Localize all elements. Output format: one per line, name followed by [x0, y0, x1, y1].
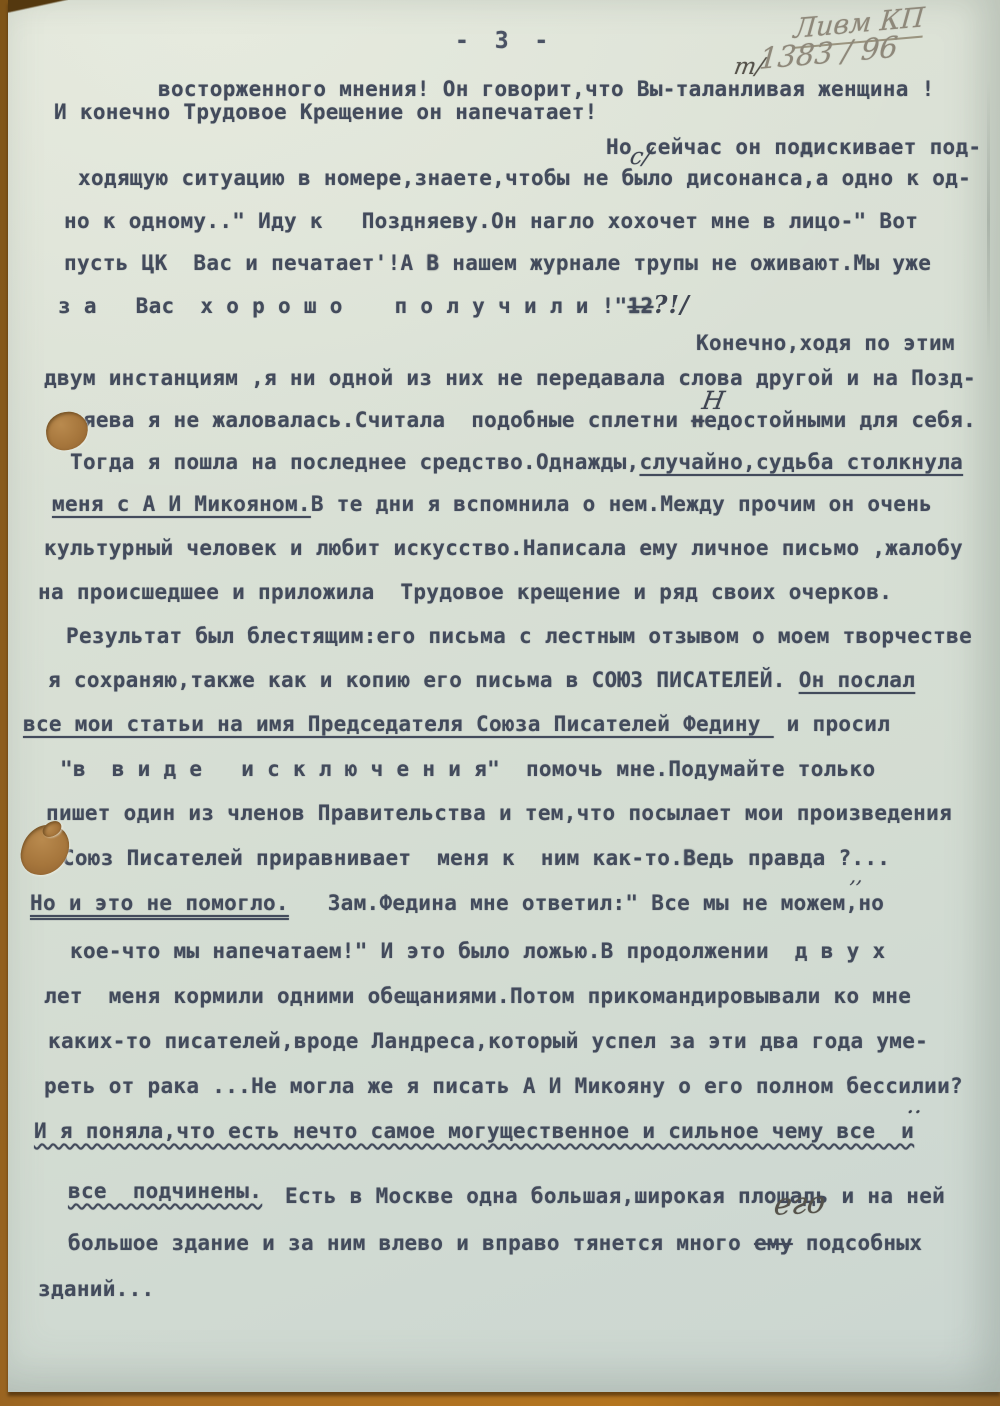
text-segment: И конечно Трудовое Крещение он напечатае…: [54, 100, 598, 124]
document-paper: - 3 - восторженного мнения! Он говорит,ч…: [8, 0, 1000, 1392]
text-segment: нашем журнале трупы не оживают.Мы уже: [439, 251, 931, 275]
typed-line: большое здание и за ним влево и вправо т…: [68, 1230, 922, 1256]
typed-line: кое-что мы напечатаем!" И это было ложью…: [70, 938, 885, 964]
text-segment: В: [683, 846, 696, 870]
text-segment: реть от рака ...Не могла же я писать А И…: [44, 1074, 963, 1098]
typed-line: пусть ЦК Вас и печатает'!А В нашем журна…: [64, 250, 931, 276]
text-segment: кое-что мы напечатаем!" И это было ложью…: [70, 939, 885, 963]
text-segment: Есть в Москве одна большая,широкая площа…: [285, 1184, 945, 1208]
text-segment: ему: [754, 1231, 793, 1255]
text-segment: все мои статьи на имя Председателя Союза…: [23, 712, 774, 736]
typed-line: Есть в Москве одна большая,широкая площа…: [285, 1183, 945, 1209]
text-segment: Но и это не помогло.: [30, 891, 289, 915]
text-segment: В: [426, 251, 439, 275]
text-segment: но к одному.." Иду к Поздняеву.Он нагло …: [64, 209, 918, 233]
text-segment: и просил: [774, 712, 891, 736]
typed-line: на происшедшее и приложила Трудовое крещ…: [38, 579, 892, 605]
text-segment: лет меня кормили одними обещаниями.Потом…: [44, 984, 911, 1008]
typed-line: меня с А И Микояном.В те дни я вспомнила…: [52, 491, 932, 517]
page-number: - 3 -: [455, 28, 554, 54]
typed-line: Тогда я пошла на последнее средство.Одна…: [70, 449, 963, 475]
typed-line: в Союз Писателей приравнивает меня к ним…: [36, 845, 890, 871]
typed-line: я сохраняю,также как и копию его письма …: [48, 667, 915, 693]
text-segment: ?!/: [653, 290, 689, 319]
text-segment: пишет один из членов Правительства и тем…: [46, 801, 952, 825]
text-segment: в Союз Писателей приравнивает меня к ним…: [36, 846, 683, 870]
text-segment: Тогда я пошла на последнее средство.Одна…: [70, 450, 640, 474]
text-segment: Зам.Федина мне ответил:" Все мы не можем…: [289, 891, 884, 915]
text-segment: двум инстанциям ,я ни одной из них не пе…: [44, 366, 976, 390]
typed-line: культурный человек и любит искусство.Нап…: [44, 535, 963, 561]
text-segment: д: [800, 135, 813, 159]
typed-line: пишет один из членов Правительства и тем…: [46, 800, 952, 826]
handwritten-mark: 1383 / 96: [758, 29, 899, 76]
text-segment: Конечно,ходя по этим: [696, 331, 955, 355]
text-segment: В те дни я вспомнила о нем.Между прочим …: [311, 492, 932, 516]
text-segment: меня с А И Микояном.: [52, 492, 311, 516]
typed-line: "в в и д е и с к л ю ч е н и я" помочь м…: [60, 756, 875, 782]
text-segment: з а Вас х о р о ш о п о л у ч и л и !": [58, 294, 628, 318]
typed-line: И я поняла,что есть нечто самое могущест…: [34, 1118, 914, 1144]
typed-line: Но сейчас он подискивает под-: [606, 134, 981, 160]
text-segment: "в в и д е и с к л ю ч е н и я" помочь м…: [60, 757, 875, 781]
text-segment: случайно,судьба столкнула: [640, 450, 964, 474]
handwritten-mark: его: [772, 1185, 827, 1223]
handwritten-mark: с/: [628, 144, 653, 170]
text-segment: едь правда ?...: [696, 846, 890, 870]
typed-line: з а Вас х о р о ш о п о л у ч и л и !"12…: [58, 292, 690, 319]
text-segment: я сохраняю,также как и копию его письма …: [48, 668, 799, 692]
typed-line: реть от рака ...Не могла же я писать А И…: [44, 1073, 963, 1099]
typed-line: И конечно Трудовое Крещение он напечатае…: [54, 99, 598, 125]
typed-line: зданий...: [38, 1276, 155, 1302]
text-segment: няева я не жаловалась.Считала подобные с…: [70, 408, 691, 432]
typed-line: каких-то писателей,вроде Ландреса,которы…: [48, 1028, 928, 1054]
text-segment: ходящую ситуацию в номере,знаете,чтобы н…: [78, 166, 971, 190]
text-segment: культурный человек и любит искусство.Нап…: [44, 536, 963, 560]
handwritten-mark: т/: [732, 54, 766, 80]
text-segment: все подчинены.: [68, 1179, 262, 1203]
text-segment: Результат был блестящим:его письма с лес…: [66, 624, 972, 648]
typed-line: лет меня кормили одними обещаниями.Потом…: [44, 983, 911, 1009]
text-segment: каких-то писателей,вроде Ландреса,которы…: [48, 1029, 928, 1053]
typed-line: все подчинены.: [68, 1178, 262, 1204]
typed-line: няева я не жаловалась.Считала подобные с…: [70, 407, 976, 433]
typed-line: Но и это не помогло. Зам.Федина мне отве…: [30, 890, 884, 916]
typed-line: ходящую ситуацию в номере,знаете,чтобы н…: [78, 165, 971, 191]
text-segment: зданий...: [38, 1277, 155, 1301]
typed-line: но к одному.." Иду к Поздняеву.Он нагло …: [64, 208, 918, 234]
text-segment: 12: [628, 294, 654, 318]
typed-line: все мои статьи на имя Председателя Союза…: [23, 711, 890, 737]
text-segment: на происшедшее и приложила Трудовое крещ…: [38, 580, 892, 604]
text-segment: восторженного мнения! Он говорит,что Вы-…: [158, 77, 935, 101]
typed-line: Результат был блестящим:его письма с лес…: [66, 623, 972, 649]
typed-line: двум инстанциям ,я ни одной из них не пе…: [44, 365, 976, 391]
handwritten-mark: ··: [904, 1098, 924, 1126]
text-segment: едостойными для себя.: [704, 408, 976, 432]
typed-line: Конечно,ходя по этим: [696, 330, 955, 356]
text-segment: искивает под-: [813, 135, 981, 159]
text-segment: Он послал: [799, 668, 916, 692]
desk-edge-shadow: [8, 0, 68, 13]
paper-crease: [987, 80, 990, 360]
scanned-document-photo: { "meta": {"kind": "scanned typewritten …: [0, 0, 1000, 1406]
text-segment: пусть ЦК Вас и печатает'!А: [64, 251, 426, 275]
text-segment: И я поняла,что есть нечто самое могущест…: [34, 1119, 914, 1143]
text-segment: подсобных: [793, 1231, 922, 1255]
text-segment: большое здание и за ним влево и вправо т…: [68, 1231, 754, 1255]
